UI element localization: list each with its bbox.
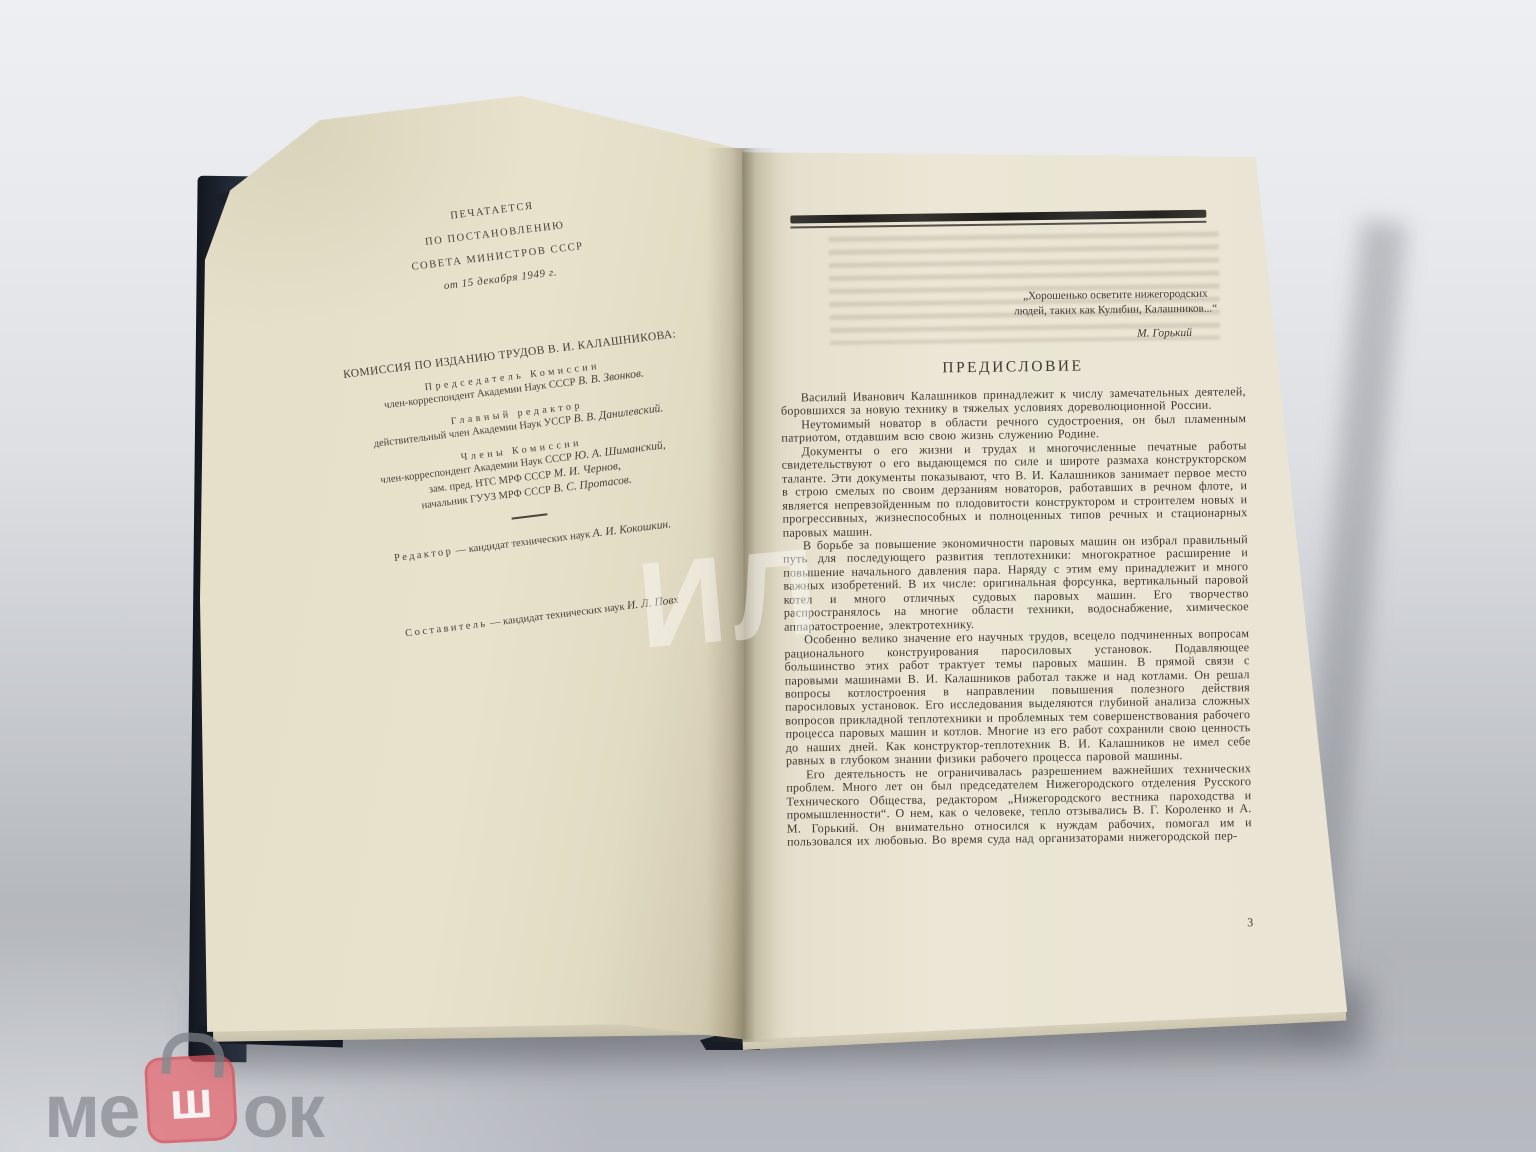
photo-background: ПЕЧАТАЕТСЯ ПО ПОСТАНОВЛЕНИЮ СОВЕТА МИНИС… (0, 0, 1536, 1152)
paragraph: В борьбе за повышение экономичности паро… (783, 533, 1249, 634)
compiler-role: Составитель (405, 618, 489, 639)
compiler-middle: — кандидат технических наук (487, 601, 628, 629)
imprint-block: ПЕЧАТАЕТСЯ ПО ПОСТАНОВЛЕНИЮ СОВЕТА МИНИС… (275, 173, 717, 317)
body-text: Василий Иванович Калашников принадлежит … (781, 385, 1253, 919)
divider-rule (512, 513, 548, 519)
chapter-heading: ПРЕДИСЛОВИЕ (780, 355, 1245, 379)
epigraph-line: людей, таких как Кулибин, Калашников...“ (1006, 301, 1226, 319)
right-page: „Хорошенько осветите нижегородских людей… (736, 146, 1354, 1046)
center-watermark: ИЛ (632, 520, 829, 676)
editor-middle: — кандидат технических наук (452, 529, 593, 557)
watermark-text-right: ок (243, 1048, 323, 1150)
right-page-content: „Хорошенько осветите нижегородских людей… (756, 189, 1276, 937)
paragraph: Его деятельность не ограничивалась разре… (786, 762, 1252, 849)
paragraph: Особенно велико значение его научных тру… (784, 627, 1251, 768)
shopping-bag-icon: ш (143, 1054, 237, 1145)
epigraph: „Хорошенько осветите нижегородских людей… (1005, 286, 1226, 343)
meshok-watermark: ме ш ок (44, 1048, 323, 1150)
epigraph-author: М. Горький (1006, 325, 1226, 343)
paragraph: Документы о его жизни и трудах и многочи… (781, 439, 1247, 540)
watermark-text-left: ме (44, 1048, 139, 1150)
editor-role: Редактор (394, 546, 454, 564)
